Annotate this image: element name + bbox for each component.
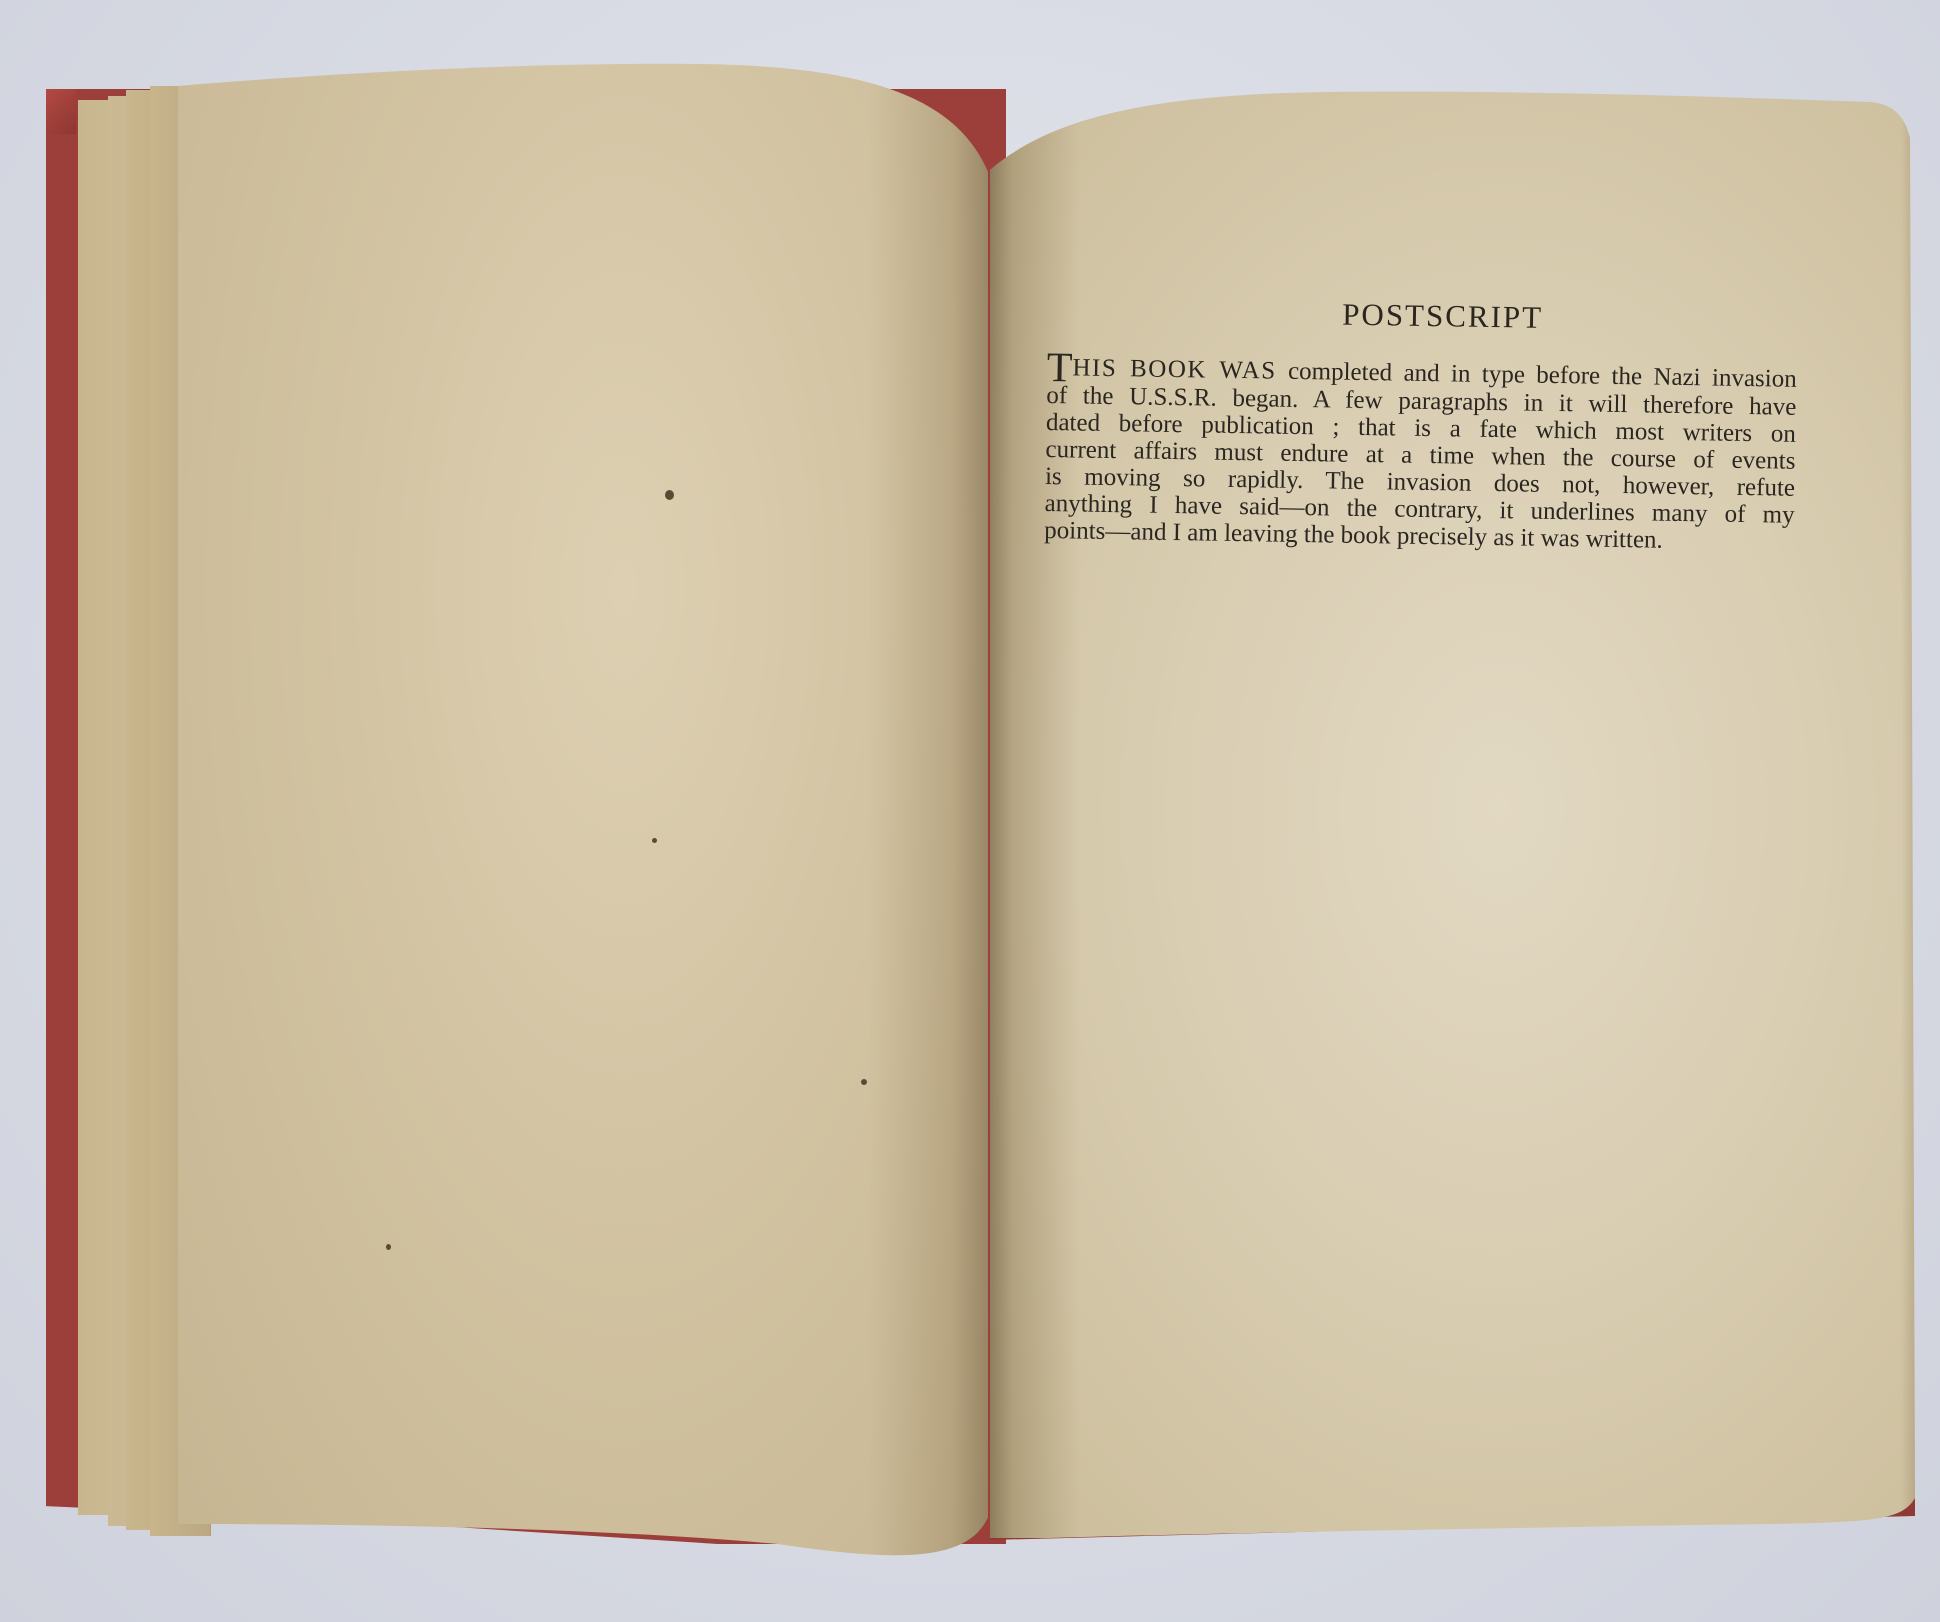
foxing-spot — [861, 1079, 867, 1085]
postscript-section: POSTSCRIPT THIS BOOK WAS completed and i… — [1044, 292, 1798, 556]
left-page-blank — [178, 62, 988, 1562]
cover-corner-fold — [46, 89, 76, 134]
gutter-shadow-left — [868, 62, 988, 1562]
foxing-spot — [386, 1244, 391, 1250]
foxing-spot — [665, 490, 674, 500]
foxing-spot — [652, 838, 657, 843]
small-caps-opening: HIS BOOK WAS — [1072, 354, 1277, 384]
postscript-paragraph: THIS BOOK WAS completed and in type befo… — [1044, 354, 1797, 556]
